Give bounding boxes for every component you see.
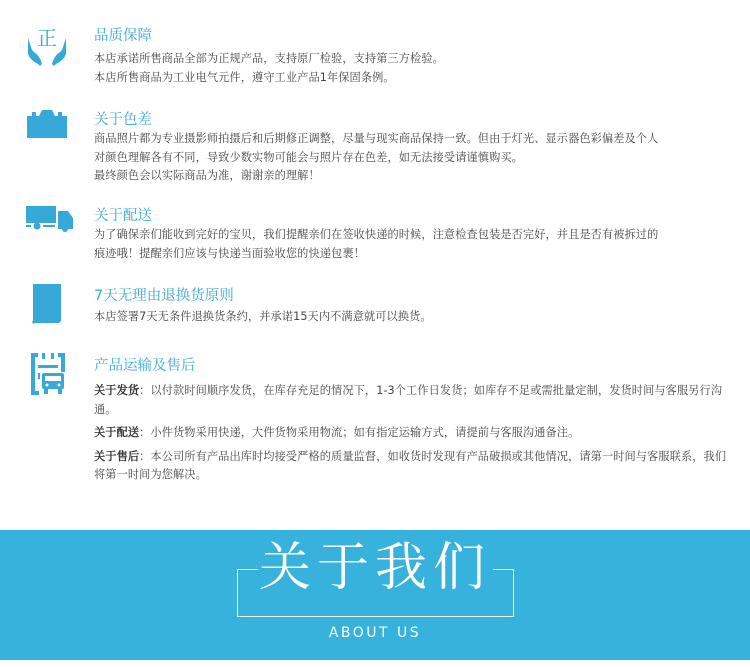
about-us-banner: 关于我们 ABOUT US xyxy=(0,530,750,660)
shipping-item-label: 关于发货 xyxy=(94,384,139,397)
return-box-icon xyxy=(30,283,64,325)
shipping-item: 关于配送：小件货物采用快递，大件货物采用物流；如有指定运输方式，请提前与客服沟通… xyxy=(94,424,730,443)
truck-icon xyxy=(24,204,74,234)
shipping-item-text: ：以付款时间顺序发货，在库存充足的情况下，1-3个工作日发货；如库存不足或需批量… xyxy=(94,384,722,416)
svg-text:正: 正 xyxy=(37,26,57,50)
about-us-subtitle: ABOUT US xyxy=(0,625,750,641)
shipping-item-label: 关于售后 xyxy=(94,450,139,463)
section-title: 关于配送 xyxy=(94,206,730,226)
section-title: 产品运输及售后 xyxy=(94,356,730,376)
shipping-item: 关于售后：本公司所有产品出库时均接受严格的质量监督，如收货时发现有产品破损或其他… xyxy=(94,448,730,485)
section-text: 对颜色理解各有不同，导致少数实物可能会与照片存在色差，如无法接受请谨慎购买。 xyxy=(94,149,730,168)
section-title: 关于色差 xyxy=(94,110,730,130)
shipping-clipboard-icon xyxy=(30,352,66,396)
hands-quality-icon: 正 xyxy=(24,24,70,70)
section-title: 7天无理由退换货原则 xyxy=(94,286,730,306)
shipping-item-text: ：小件货物采用快递，大件货物采用物流；如有指定运输方式，请提前与客服沟通备注。 xyxy=(139,426,579,439)
section-text: 本店承诺所售商品全部为正规产品，支持原厂检验，支持第三方检验。 xyxy=(94,50,730,69)
section-text: 痕迹哦！提醒亲们应该与快递当面验收您的快递包裹！ xyxy=(94,245,730,264)
section-text: 最终颜色会以实际商品为准，谢谢亲的理解！ xyxy=(94,167,730,186)
shipping-item: 关于发货：以付款时间顺序发货，在库存充足的情况下，1-3个工作日发货；如库存不足… xyxy=(94,382,730,419)
section-text: 本店所售商品为工业电气元件，遵守工业产品1年保固条例。 xyxy=(94,69,730,88)
section-title: 品质保障 xyxy=(94,26,730,46)
section-text: 本店签署7天无条件退换货条约，并承诺15天内不满意就可以换货。 xyxy=(94,308,730,327)
shipping-item-label: 关于配送 xyxy=(94,426,139,439)
about-us-title: 关于我们 xyxy=(0,536,750,600)
section-text: 商品照片都为专业摄影师拍摄后和后期修正调整，尽量与现实商品保持一致。但由于灯光、… xyxy=(94,130,730,149)
section-text: 为了确保亲们能收到完好的宝贝，我们提醒亲们在签收快递的时候，注意检查包装是否完好… xyxy=(94,226,730,245)
shipping-item-text: ：本公司所有产品出库时均接受严格的质量监督，如收货时发现有产品破损或其他情况，请… xyxy=(94,450,726,482)
camera-icon xyxy=(24,108,70,142)
